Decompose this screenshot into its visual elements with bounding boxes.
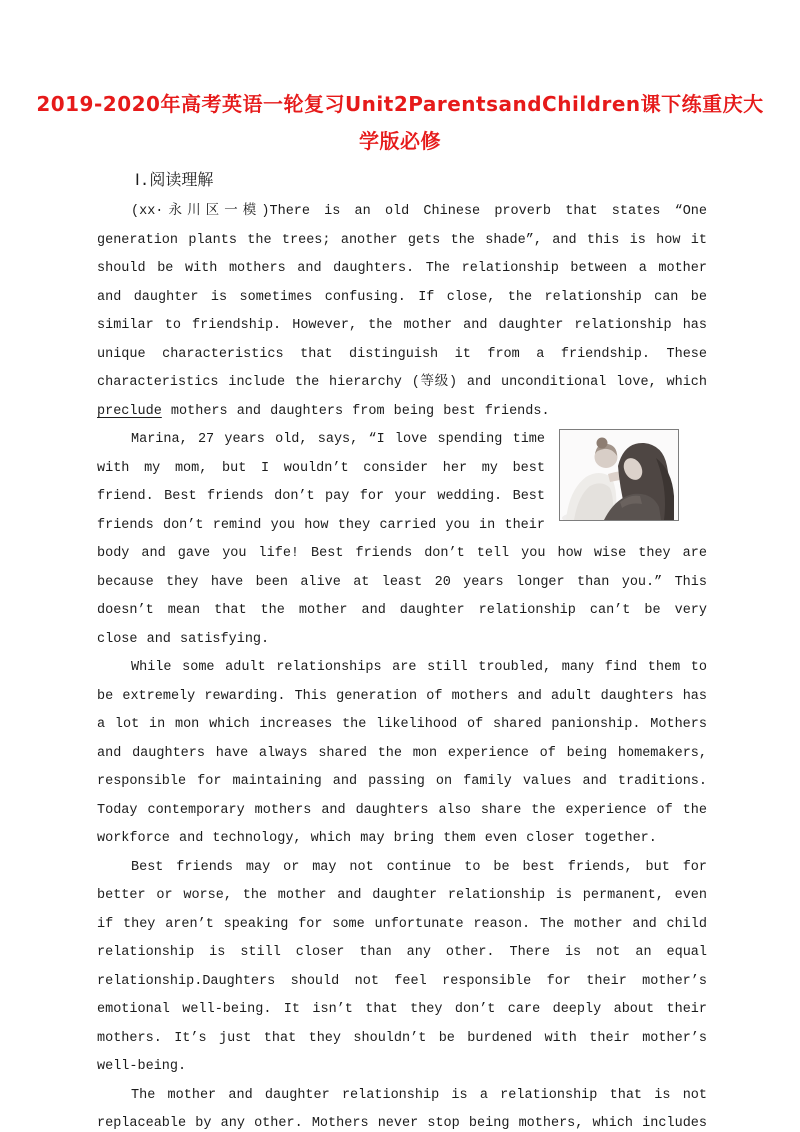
paragraph-4: Best friends may or may not continue to … — [97, 854, 707, 1082]
paragraph-1-text-before: (xx·永川区一模)There is an old Chinese prover… — [97, 204, 707, 390]
mother-and-daughter-photo-graphic — [560, 430, 678, 520]
document-page: 2019-2020年高考英语一轮复习Unit2ParentsandChildre… — [0, 0, 800, 1132]
paragraph-1: (xx·永川区一模)There is an old Chinese prover… — [97, 198, 707, 426]
mother-and-daughter-photo — [559, 429, 679, 521]
title-line-1: 2019-2020年高考英语一轮复习Unit2ParentsandChildre… — [36, 92, 763, 116]
paragraph-1-text-after: mothers and daughters from being best fr… — [162, 404, 550, 419]
paragraph-5: The mother and daughter relationship is … — [97, 1082, 707, 1132]
title-line-2: 学版必修 — [359, 129, 441, 153]
section-heading-reading-comprehension: Ⅰ.阅读理解 — [97, 166, 707, 196]
article-body: (xx·永川区一模)There is an old Chinese prover… — [97, 198, 707, 1132]
paragraph-3: While some adult relationships are still… — [97, 654, 707, 854]
document-title: 2019-2020年高考英语一轮复习Unit2ParentsandChildre… — [30, 86, 770, 160]
underlined-word-preclude: preclude — [97, 404, 162, 419]
